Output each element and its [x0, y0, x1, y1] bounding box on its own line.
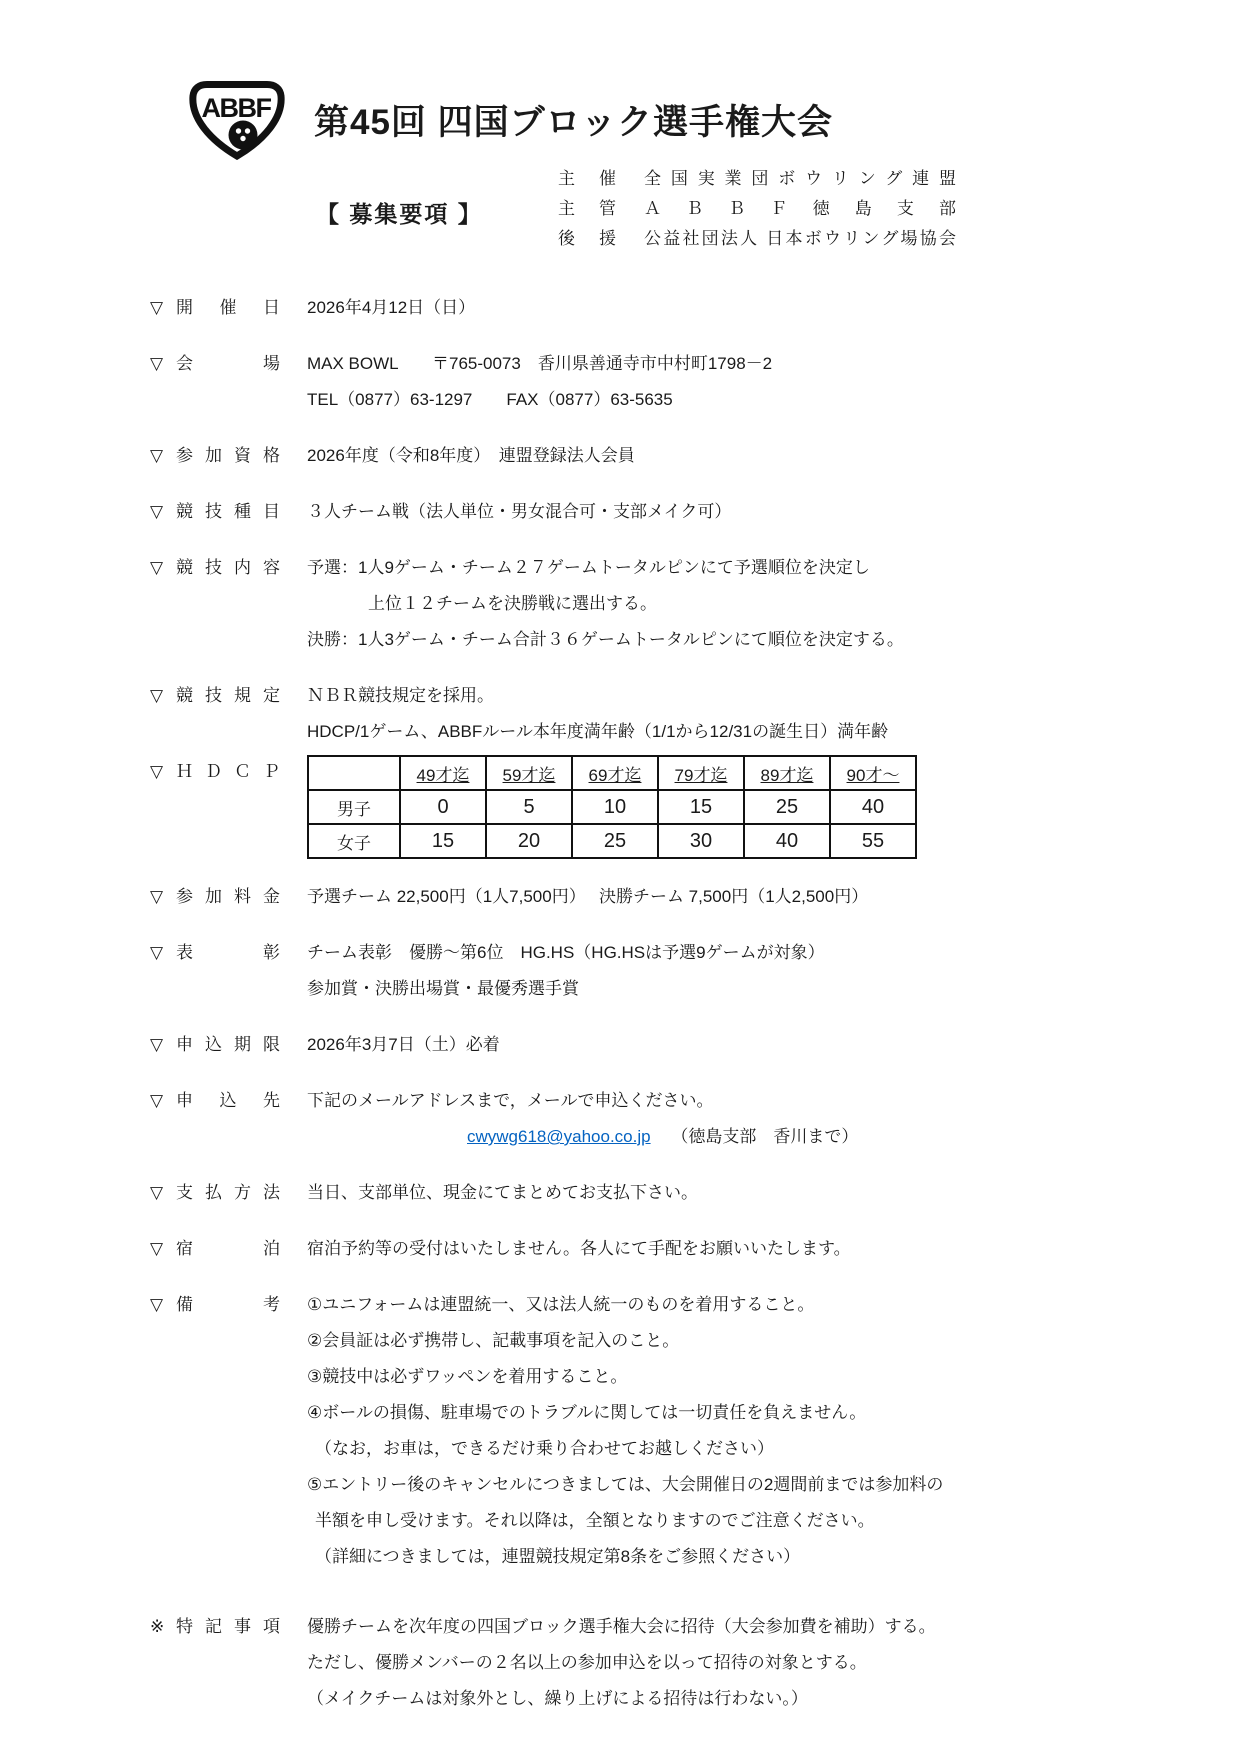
text-line: （詳細につきましては，連盟競技規定第8条をご参照ください） — [307, 1539, 1240, 1575]
organizer-role: 主催 — [558, 164, 616, 194]
hdcp-table: 49才迄 59才迄 69才迄 79才迄 89才迄 90才～ 男子 0 5 10 … — [307, 755, 917, 859]
section-marker: ▽ — [150, 678, 176, 714]
page-title: 第45回 四国ブロック選手権大会 — [314, 95, 833, 145]
hdcp-value: 25 — [744, 790, 830, 824]
organizer-role: 主管 — [558, 194, 616, 224]
section-marker: ▽ — [150, 1231, 176, 1267]
section-label: 備考 — [176, 1287, 280, 1323]
section-marker: ▽ — [150, 290, 176, 326]
text-line: ②会員証は必ず携帯し、記載事項を記入のこと。 — [307, 1323, 1240, 1359]
section-hyosho: ▽ 表彰 チーム表彰 優勝～第6位 HG.HS（HG.HSは予選9ゲームが対象）… — [0, 935, 1240, 1007]
section-sanka-ryokin: ▽ 参加料金 予選チーム 22,500円（1人7,500円） 決勝チーム 7,5… — [0, 879, 1240, 915]
hdcp-row-men: 男子 0 5 10 15 25 40 — [308, 790, 916, 824]
text-line: 2026年3月7日（土）必着 — [307, 1027, 1240, 1063]
section-kyogi-shumoku: ▽ 競技種目 ３人チーム戦（法人単位・男女混合可・支部メイク可） — [0, 494, 1240, 530]
text-line: 下記のメールアドレスまで，メールで申込ください。 — [307, 1083, 1240, 1119]
organizer-role: 後援 — [558, 224, 616, 254]
header-subrow: 【 募集要項 】 主催 全国実業団ボウリング連盟 主管 ＡＢＢＦ徳島支部 後援 … — [0, 164, 1240, 254]
section-biko: ▽ 備考 ①ユニフォームは連盟統一、又は法人統一のものを着用すること。 ②会員証… — [0, 1287, 1240, 1575]
section-label: 申込期限 — [176, 1027, 280, 1063]
section-tokki-jiko: ※ 特記事項 優勝チームを次年度の四国ブロック選手権大会に招待（大会参加費を補助… — [0, 1609, 1240, 1717]
section-moshikomi-saki: ▽ 申込先 下記のメールアドレスまで，メールで申込ください。 cwywg618@… — [0, 1083, 1240, 1155]
document-header: ABBF 第45回 四国ブロック選手権大会 — [0, 0, 1240, 160]
section-label: 会場 — [176, 346, 280, 382]
hdcp-value: 40 — [744, 824, 830, 858]
hdcp-row-women: 女子 15 20 25 30 40 55 — [308, 824, 916, 858]
section-marker: ▽ — [150, 494, 176, 530]
section-label: 競技内容 — [176, 550, 280, 586]
hdcp-value: 40 — [830, 790, 916, 824]
section-shiharai-hoho: ▽ 支払方法 当日、支部単位、現金にてまとめてお支払下さい。 — [0, 1175, 1240, 1211]
recruitment-heading: 【 募集要項 】 — [316, 196, 483, 254]
hdcp-col-header: 69才迄 — [572, 756, 658, 790]
section-hdcp: ▽ ＨＤＣＰ 49才迄 59才迄 69才迄 79才迄 89才迄 90才～ 男子 — [0, 754, 1240, 859]
organizer-block: 主催 全国実業団ボウリング連盟 主管 ＡＢＢＦ徳島支部 後援 公益社団法人 日本… — [558, 164, 956, 254]
section-label: 参加料金 — [176, 879, 280, 915]
text-line: TEL（0877）63-1297 FAX（0877）63-5635 — [307, 382, 1240, 418]
section-marker: ▽ — [150, 754, 176, 790]
section-label: ＨＤＣＰ — [176, 754, 280, 790]
hdcp-value: 25 — [572, 824, 658, 858]
organizer-line-shukan: 主管 ＡＢＢＦ徳島支部 — [558, 194, 956, 224]
text-line: 決勝：1人3ゲーム・チーム合計３６ゲームトータルピンにて順位を決定する。 — [307, 622, 1240, 658]
section-label: 宿泊 — [176, 1231, 280, 1267]
organizer-line-koen: 後援 公益社団法人 日本ボウリング場協会 — [558, 224, 956, 254]
text-line: 予選チーム 22,500円（1人7,500円） 決勝チーム 7,500円（1人2… — [307, 879, 1240, 915]
section-kyogi-naiyo: ▽ 競技内容 予選：1人9ゲーム・チーム２７ゲームトータルピンにて予選順位を決定… — [0, 550, 1240, 658]
text-line: （なお，お車は，できるだけ乗り合わせてお越しください） — [307, 1431, 1240, 1467]
hdcp-value: 55 — [830, 824, 916, 858]
organizer-line-shusai: 主催 全国実業団ボウリング連盟 — [558, 164, 956, 194]
section-marker: ▽ — [150, 1083, 176, 1119]
section-marker: ▽ — [150, 550, 176, 586]
hdcp-col-header: 89才迄 — [744, 756, 830, 790]
hdcp-col-header: 79才迄 — [658, 756, 744, 790]
text-line: ＮＢＲ競技規定を採用。 — [307, 678, 1240, 714]
section-marker: ▽ — [150, 1027, 176, 1063]
hdcp-row-label: 女子 — [308, 824, 400, 858]
organizer-name: 全国実業団ボウリング連盟 — [644, 164, 956, 194]
hdcp-col-header: 49才迄 — [400, 756, 486, 790]
section-label: 特記事項 — [176, 1609, 280, 1645]
organizer-name: ＡＢＢＦ徳島支部 — [644, 194, 956, 224]
section-marker: ▽ — [150, 879, 176, 915]
text-line: ④ボールの損傷、駐車場でのトラブルに関しては一切責任を負えません。 — [307, 1395, 1240, 1431]
email-line: cwywg618@yahoo.co.jp （徳島支部 香川まで） — [307, 1119, 1240, 1155]
section-kaijo: ▽ 会場 MAX BOWL 〒765-0073 香川県善通寺市中村町1798－2… — [0, 346, 1240, 418]
section-marker: ▽ — [150, 438, 176, 474]
text-line: ①ユニフォームは連盟統一、又は法人統一のものを着用すること。 — [307, 1287, 1240, 1323]
document-page: ABBF 第45回 四国ブロック選手権大会 【 募集要項 】 主催 全国実業団ボ… — [0, 0, 1240, 1754]
logo-text: ABBF — [202, 93, 272, 123]
hdcp-value: 30 — [658, 824, 744, 858]
section-label: 競技規定 — [176, 678, 280, 714]
hdcp-value: 5 — [486, 790, 572, 824]
abbf-logo: ABBF — [186, 80, 288, 160]
hdcp-col-header — [308, 756, 400, 790]
section-marker: ▽ — [150, 1175, 176, 1211]
hdcp-value: 10 — [572, 790, 658, 824]
text-line: 当日、支部単位、現金にてまとめてお支払下さい。 — [307, 1175, 1240, 1211]
section-marker: ▽ — [150, 935, 176, 971]
text-line: MAX BOWL 〒765-0073 香川県善通寺市中村町1798－2 — [307, 346, 1240, 382]
text-line: ３人チーム戦（法人単位・男女混合可・支部メイク可） — [307, 494, 1240, 530]
document-body: ▽ 開催日 2026年4月12日（日） ▽ 会場 MAX BOWL 〒765-0… — [0, 290, 1240, 1717]
hdcp-value: 15 — [658, 790, 744, 824]
text-line: 上位１２チームを決勝戦に選出する。 — [307, 586, 1240, 622]
hdcp-row-label: 男子 — [308, 790, 400, 824]
text-line: 2026年4月12日（日） — [307, 290, 1240, 326]
section-moshikomi-kigen: ▽ 申込期限 2026年3月7日（土）必着 — [0, 1027, 1240, 1063]
text-line: 優勝チームを次年度の四国ブロック選手権大会に招待（大会参加費を補助）する。 — [307, 1609, 1240, 1645]
organizer-name: 公益社団法人 日本ボウリング場協会 — [644, 224, 956, 254]
hdcp-col-header: 90才～ — [830, 756, 916, 790]
section-marker: ▽ — [150, 346, 176, 382]
section-label: 表彰 — [176, 935, 280, 971]
hdcp-value: 0 — [400, 790, 486, 824]
section-kyogi-kitei: ▽ 競技規定 ＮＢＲ競技規定を採用。 HDCP/1ゲーム、ABBFルール本年度満… — [0, 678, 1240, 750]
text-line: ③競技中は必ずワッペンを着用すること。 — [307, 1359, 1240, 1395]
email-link[interactable]: cwywg618@yahoo.co.jp — [467, 1127, 651, 1146]
section-label: 参加資格 — [176, 438, 280, 474]
text-line: 予選：1人9ゲーム・チーム２７ゲームトータルピンにて予選順位を決定し — [307, 550, 1240, 586]
text-line: 2026年度（令和8年度） 連盟登録法人会員 — [307, 438, 1240, 474]
section-label: 競技種目 — [176, 494, 280, 530]
section-sanka-shikaku: ▽ 参加資格 2026年度（令和8年度） 連盟登録法人会員 — [0, 438, 1240, 474]
bowling-ball-icon — [229, 121, 258, 150]
section-label: 開催日 — [176, 290, 280, 326]
text-line: （メイクチームは対象外とし、繰り上げによる招待は行わない。） — [307, 1681, 1240, 1717]
section-shukuhaku: ▽ 宿泊 宿泊予約等の受付はいたしません。各人にて手配をお願いいたします。 — [0, 1231, 1240, 1267]
text-line: チーム表彰 優勝～第6位 HG.HS（HG.HSは予選9ゲームが対象） — [307, 935, 1240, 971]
section-marker: ▽ — [150, 1287, 176, 1323]
text-line: 宿泊予約等の受付はいたしません。各人にて手配をお願いいたします。 — [307, 1231, 1240, 1267]
section-label: 支払方法 — [176, 1175, 280, 1211]
text-line: 半額を申し受けます。それ以降は，全額となりますのでご注意ください。 — [307, 1503, 1240, 1539]
text-line: ただし、優勝メンバーの２名以上の参加申込を以って招待の対象とする。 — [307, 1645, 1240, 1681]
section-marker: ※ — [150, 1609, 176, 1645]
section-label: 申込先 — [176, 1083, 280, 1119]
hdcp-value: 20 — [486, 824, 572, 858]
hdcp-header-row: 49才迄 59才迄 69才迄 79才迄 89才迄 90才～ — [308, 756, 916, 790]
text-line: 参加賞・決勝出場賞・最優秀選手賞 — [307, 971, 1240, 1007]
hdcp-col-header: 59才迄 — [486, 756, 572, 790]
text-line: HDCP/1ゲーム、ABBFルール本年度満年齢（1/1から12/31の誕生日）満… — [307, 714, 1240, 750]
email-suffix: （徳島支部 香川まで） — [671, 1127, 858, 1146]
section-kaisai-bi: ▽ 開催日 2026年4月12日（日） — [0, 290, 1240, 326]
text-line: ⑤エントリー後のキャンセルにつきましては、大会開催日の2週間前までは参加料の — [307, 1467, 1240, 1503]
hdcp-value: 15 — [400, 824, 486, 858]
